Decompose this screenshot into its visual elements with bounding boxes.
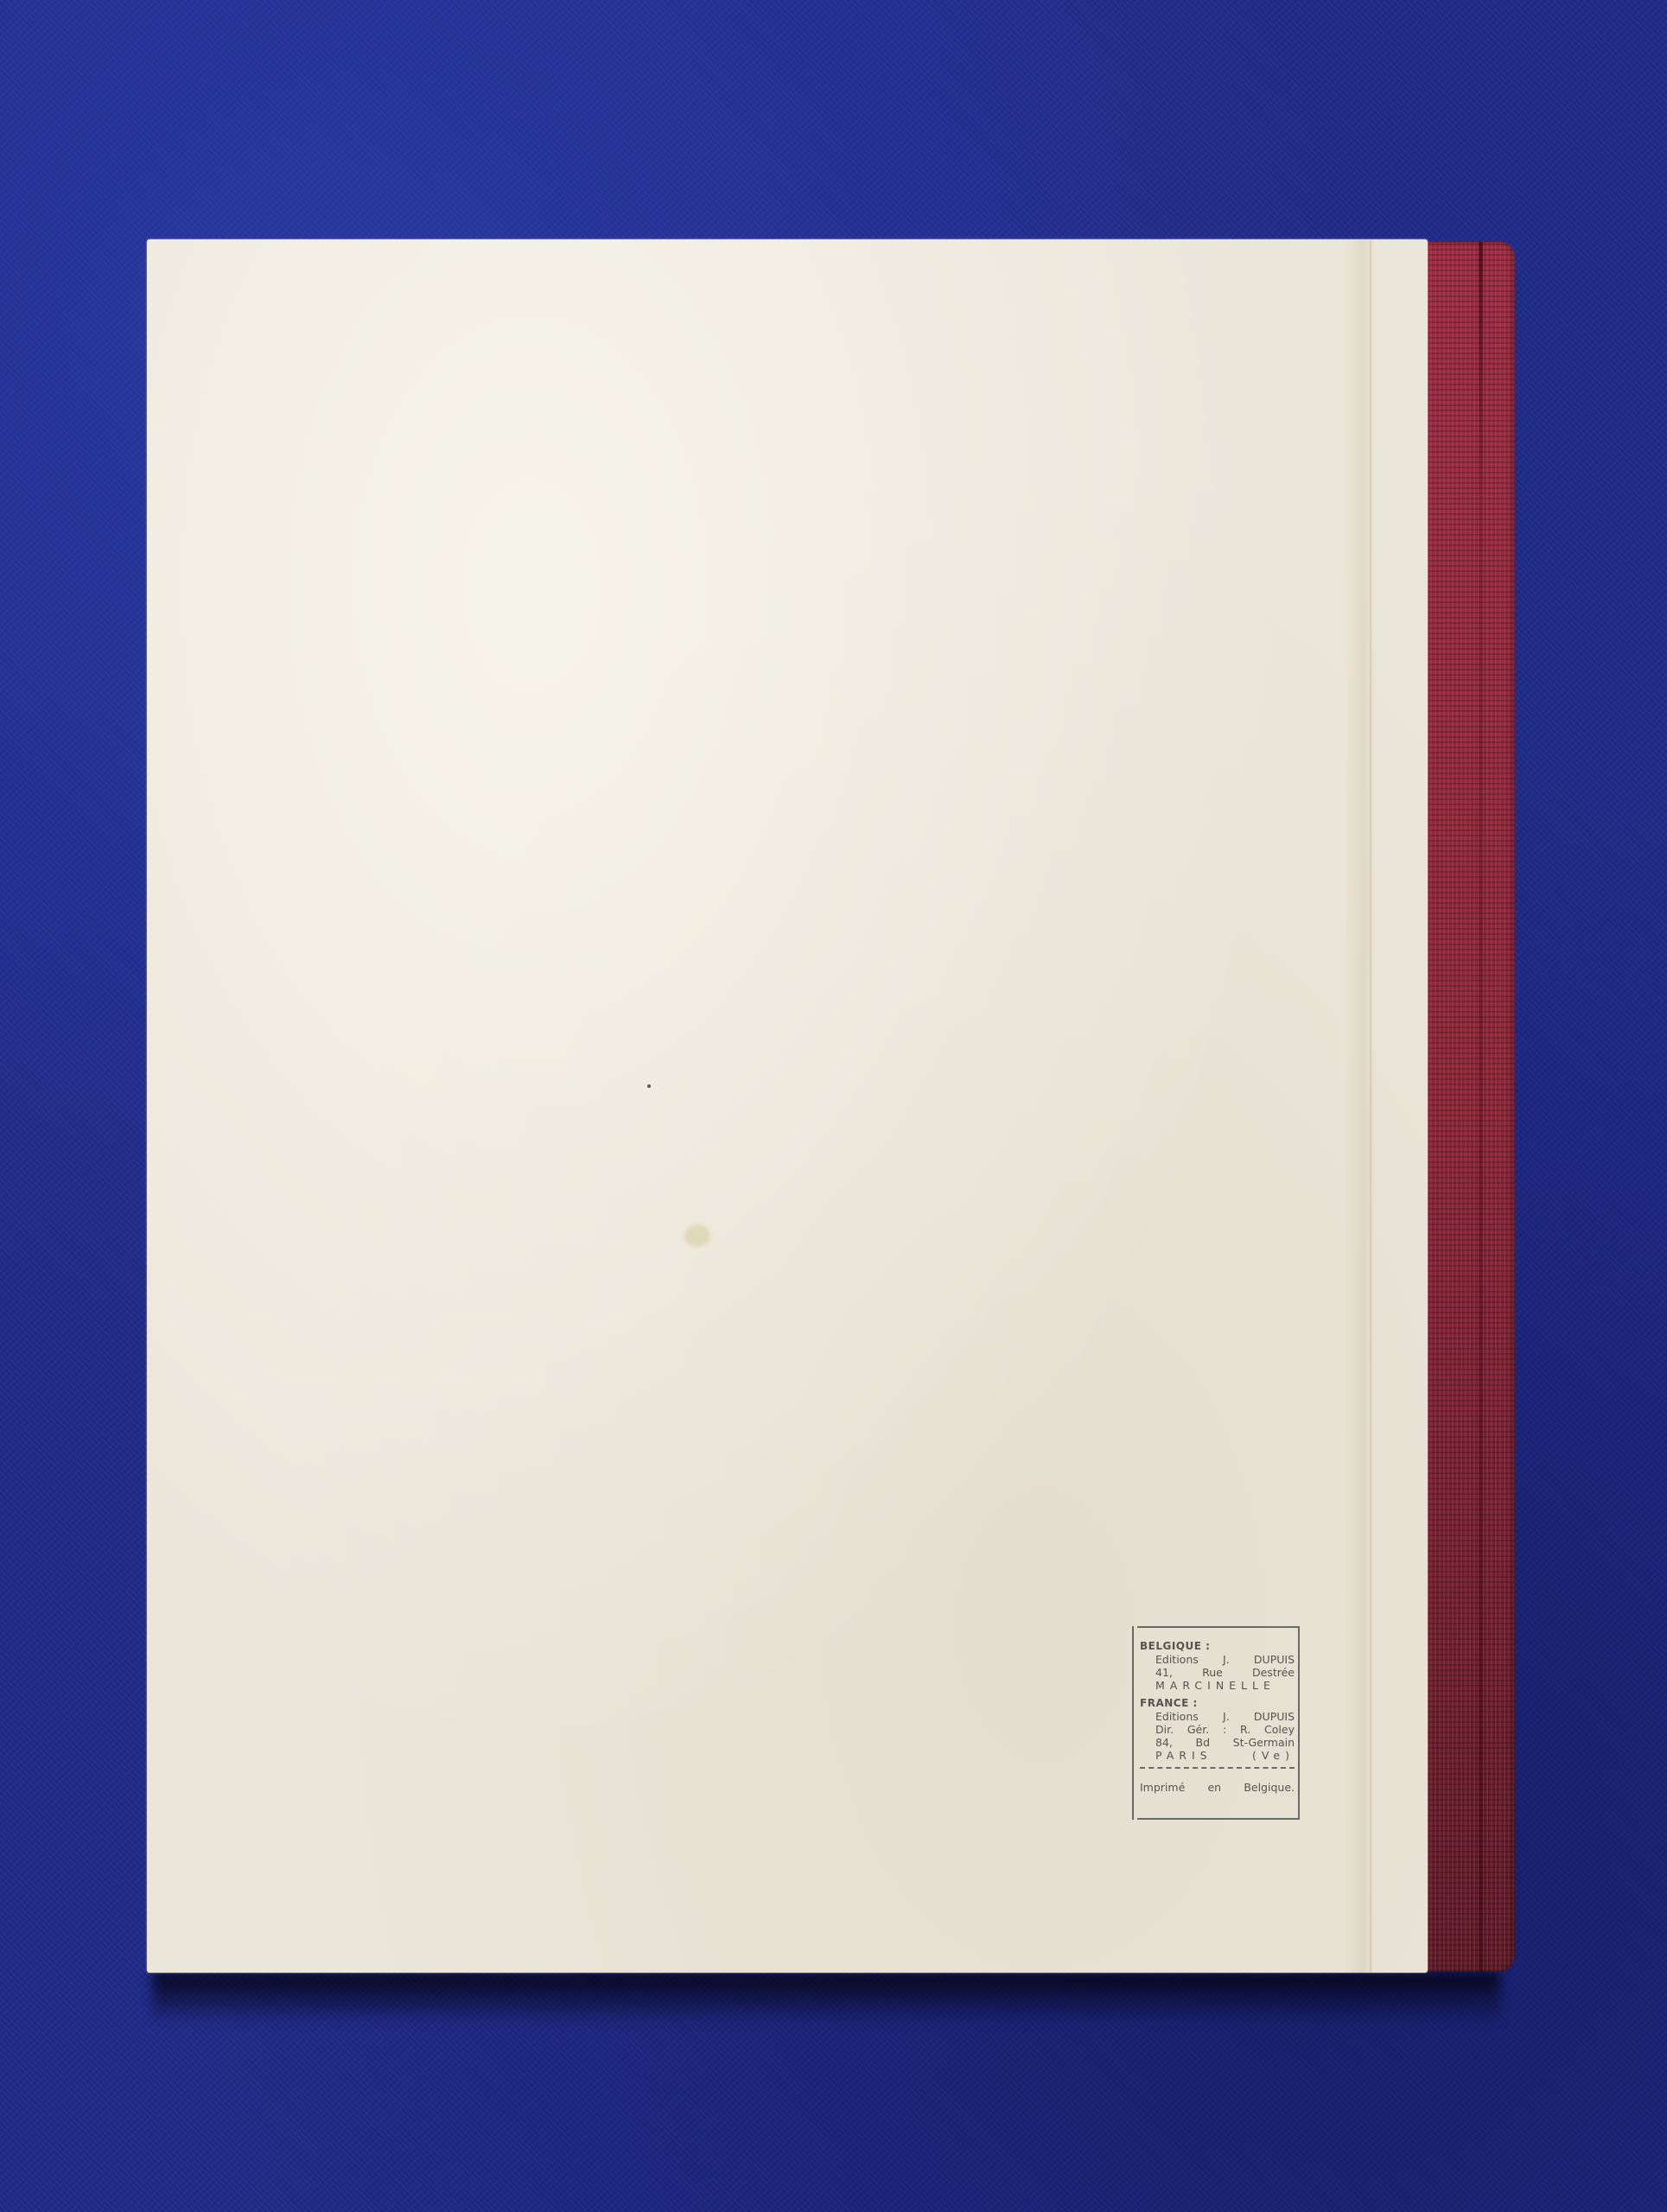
imprint-line: MARCINELLE	[1140, 1679, 1295, 1692]
imprint-line: Editions J. DUPUIS	[1140, 1653, 1295, 1666]
paper-stain	[684, 1224, 710, 1247]
dashed-divider	[1140, 1767, 1295, 1769]
imprint-line: 84, Bd St-Germain	[1140, 1736, 1295, 1749]
publisher-imprint-box: BELGIQUE : Editions J. DUPUIS 41, Rue De…	[1132, 1626, 1300, 1820]
spine-hinge	[1479, 242, 1483, 1972]
imprint-line: Editions J. DUPUIS	[1140, 1710, 1295, 1723]
imprint-heading-france: FRANCE :	[1140, 1697, 1295, 1710]
imprint-line: 41, Rue Destrée	[1140, 1666, 1295, 1679]
printed-in-note: Imprimé en Belgique.	[1140, 1781, 1295, 1794]
imprint-line: Dir. Gér. : R. Coley	[1140, 1723, 1295, 1736]
book-shadow	[152, 1972, 1500, 2024]
imprint-heading-belgique: BELGIQUE :	[1140, 1640, 1295, 1653]
cover-fold-line	[1370, 239, 1371, 1973]
paper-speck	[647, 1084, 651, 1088]
book-spine	[1422, 242, 1515, 1972]
back-cover: BELGIQUE : Editions J. DUPUIS 41, Rue De…	[147, 239, 1428, 1973]
imprint-line: PARIS (Ve)	[1140, 1749, 1295, 1762]
